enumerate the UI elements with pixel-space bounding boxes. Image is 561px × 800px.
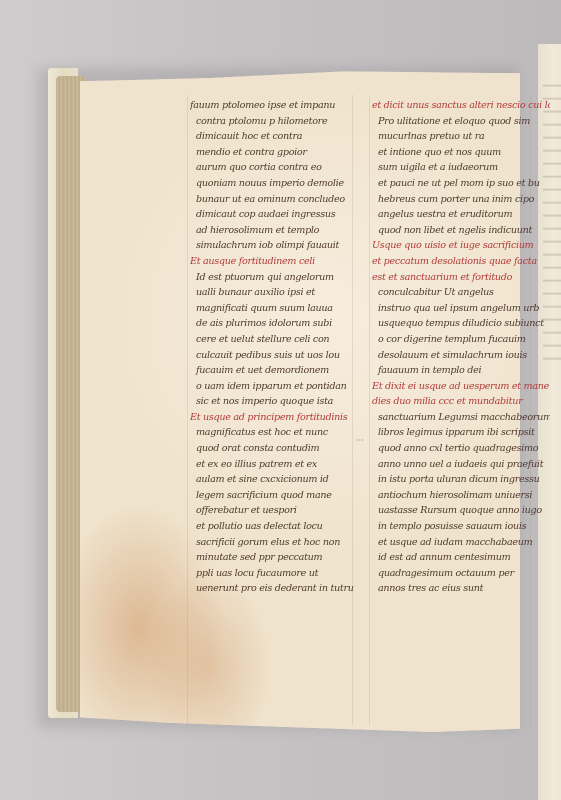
text-line: in templo posuisse sauaum iouis [372,519,550,535]
margin-mark: ··· [356,436,364,445]
text-line: desolauum et simulachrum iouis [372,348,550,364]
text-line: bunaur ut ea ominum concludeo [190,192,368,208]
text-line: fucauim et uet demordionem [190,363,368,379]
text-line: in istu porta uluran dicum ingressu [372,472,550,488]
text-line: aulam et sine cxcxicionum id [190,472,368,488]
text-line: contra ptolomu p hilometore [190,114,368,130]
rubric-line: est et sanctuarium et fortitudo [372,270,550,286]
ruling-line [369,95,370,725]
text-line: uenerunt pro eis dederant in tutru [190,581,368,597]
rubric-line: et dicit unus sanctus alteri nescio cui … [372,98,550,114]
rubric-line: dies duo milia ccc et mundabitur [372,394,550,410]
text-line: antiochum hierosolimam uniuersi [372,488,550,504]
text-line: annos tres ac eius sunt [372,581,550,597]
ruling-line [187,95,188,725]
rubric-line: Et ausque fortitudinem celi [190,254,368,270]
text-line: instruo qua uel ipsum angelum urb [372,301,550,317]
text-line: offerebatur et uespori [190,503,368,519]
text-line: sic et nos imperio quoque ista [190,394,368,410]
text-line: Pro ulitatione et eloquo quod sim [372,114,550,130]
rubric-line: Usque quo uisio et iuge sacrificium [372,238,550,254]
text-line: o uam idem ipparum et pontidan [190,379,368,395]
text-line: quod orat consta contudim [190,441,368,457]
text-line: fauauum in templo dei [372,363,550,379]
text-line: fauum ptolomeo ipse et impanu [190,98,368,114]
text-column-right: et dicit unus sanctus alteri nescio cui … [372,98,550,597]
text-line: id est ad annum centesimum [372,550,550,566]
text-line: et pauci ne ut pel mom ip suo et bu [372,176,550,192]
text-line: sanctuarium Legumsi macchabeorum [372,410,550,426]
text-line: anno unno uel a iudaeis qui praefuit [372,457,550,473]
text-line: cere et uelut stellure celi con [190,332,368,348]
text-line: hebreus cum porter una inim cipo [372,192,550,208]
rubric-line: Et usque ad principem fortitudinis [190,410,368,426]
rubric-line: et peccatum desolationis quae facta [372,254,550,270]
manuscript-scene: fauum ptolomeo ipse et impanucontra ptol… [0,0,561,800]
text-line: et intione quo et nos quum [372,145,550,161]
text-line: sum uigila et a iudaeorum [372,160,550,176]
text-line: uastasse Rursum quoque anno iugo [372,503,550,519]
text-line: dimicaut cop audaei ingressus [190,207,368,223]
text-line: Id est ptuorum qui angelorum [190,270,368,286]
text-line: quod non libet et ngelis indicuunt [372,223,550,239]
text-line: quadragesimum octauum per [372,566,550,582]
text-line: ppli uas locu fucaumore ut [190,566,368,582]
text-line: quoniam nouus imperio demolie [190,176,368,192]
text-line: usquequo tempus diludicio subiunct [372,316,550,332]
text-line: simulachrum iob olimpi fauauit [190,238,368,254]
text-line: legem sacrificium quod mane [190,488,368,504]
text-line: libros legimus ipparum ibi scripsit [372,425,550,441]
text-line: de ais plurimos idolorum subi [190,316,368,332]
text-column-left: fauum ptolomeo ipse et impanucontra ptol… [190,98,368,597]
text-line: magnificatus est hoc et nunc [190,425,368,441]
text-line: mucurlnas pretuo ut ra [372,129,550,145]
text-line: aurum quo cortia contra eo [190,160,368,176]
text-line: ad hierosolimum et templo [190,223,368,239]
text-line: quod anno cxl tertio quadragesimo [372,441,550,457]
text-line: et pollutio uas delectat locu [190,519,368,535]
text-line: minutate sed ppr peccatum [190,550,368,566]
rubric-line: Et dixit ei usque ad uesperum et mane [372,379,550,395]
text-line: et ex eo illius patrem et ex [190,457,368,473]
text-line: o cor digerine templum fucauim [372,332,550,348]
text-line: magnificati quum suum lauua [190,301,368,317]
text-line: conculcabitur Ut angelus [372,285,550,301]
text-line: angelus uestra et eruditorum [372,207,550,223]
text-line: ualli bunaur auxilio ipsi et [190,285,368,301]
text-line: et usque ad iudam macchabaeum [372,535,550,551]
text-line: dimicauit hoc et contra [190,129,368,145]
text-line: mendio et contra gpoior [190,145,368,161]
text-line: sacrificii gorum elus et hoc non [190,535,368,551]
text-line: culcauit pedibus suis ut uos lou [190,348,368,364]
